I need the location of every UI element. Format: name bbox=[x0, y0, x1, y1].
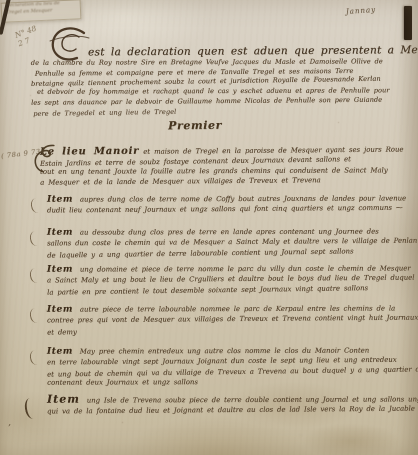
section-heading: Premier bbox=[120, 118, 270, 133]
item-paragraph: Item aupres dung clos de terre nome de C… bbox=[47, 193, 413, 217]
preamble-paragraph: de la chambre du Roy nostre Sire en Bret… bbox=[31, 56, 411, 118]
item-text: ung domaine et piece de terre nomme le p… bbox=[80, 264, 411, 273]
item-margin-flourish bbox=[30, 197, 43, 214]
item-text: aupres dung clos de terre nome de Coffy … bbox=[80, 194, 406, 203]
item-margin-flourish bbox=[23, 397, 38, 420]
first-paragraph-line: tout en ung tenant Jouxte la fouille aut… bbox=[40, 165, 412, 177]
item-line: Item ung domaine et piece de terre nomme… bbox=[47, 263, 413, 275]
paper-speckles bbox=[0, 0, 1, 1]
preamble-line: et debvoir de foy hommaige et rachapt qu… bbox=[31, 86, 411, 97]
item-label: Item bbox=[47, 265, 73, 275]
item-line: Item autre piece de terre labourable nom… bbox=[47, 303, 413, 315]
item-text: au dessoubz dung clos pres de terre en l… bbox=[80, 227, 379, 236]
item-label: Item bbox=[47, 228, 73, 238]
archival-label: Declaration du lieu de Tregel en Mesquer bbox=[1, 0, 82, 23]
item-paragraph: Item May pree chemin entredeux ung autre… bbox=[47, 345, 413, 389]
stray-ink-mark: ’ bbox=[8, 424, 11, 434]
item-margin-flourish bbox=[29, 349, 42, 366]
item-paragraph: Item autre piece de terre labourable nom… bbox=[47, 303, 413, 337]
item-line: qui va de la fontaine dud lieu et Joigna… bbox=[47, 404, 413, 417]
first-paragraph: Le lieu Manoir et maison de Tregel en la… bbox=[40, 144, 412, 188]
folio-number-annotation: N° 48 2 7 bbox=[14, 24, 41, 49]
item-paragraph: Item au dessoubz dung clos pres de terre… bbox=[47, 226, 413, 260]
item-margin-flourish bbox=[29, 267, 42, 284]
top-right-annotation: Jannay bbox=[346, 6, 377, 16]
manuscript-page: Declaration du lieu de Tregel en Mesquer… bbox=[0, 0, 418, 455]
item-text: May pree chemin entredeux ung autre clos… bbox=[80, 347, 369, 356]
preamble-line: de la chambre du Roy nostre Sire en Bret… bbox=[31, 57, 411, 68]
item-label: Item bbox=[47, 195, 73, 205]
item-paragraph: Item ung domaine et piece de terre nomme… bbox=[47, 263, 413, 297]
item-text: autre piece de terre labourable nommee l… bbox=[80, 304, 395, 313]
item-label: Item bbox=[47, 305, 73, 315]
item-margin-flourish bbox=[29, 230, 42, 247]
item-line: dudit lieu contenant neuf Journaux et un… bbox=[47, 203, 413, 216]
item-margin-flourish bbox=[29, 307, 42, 324]
item-line: Item aupres dung clos de terre nome de C… bbox=[47, 193, 413, 205]
item-line: Item au dessoubz dung clos pres de terre… bbox=[47, 226, 413, 238]
item-label: Item bbox=[47, 347, 73, 357]
item-paragraph: Item ung Isle de Trevena soubz piece de … bbox=[47, 393, 413, 418]
item-label: Item bbox=[47, 393, 80, 406]
binding-edge-bar bbox=[404, 6, 412, 40]
item-line: Item ung Isle de Trevena soubz piece de … bbox=[47, 393, 413, 406]
item-line: contenant deux Journaux et ungz sallons bbox=[47, 377, 413, 389]
item-text: ung Isle de Trevena soubz piece de terre… bbox=[87, 395, 418, 404]
item-line: Item May pree chemin entredeux ung autre… bbox=[47, 345, 413, 357]
